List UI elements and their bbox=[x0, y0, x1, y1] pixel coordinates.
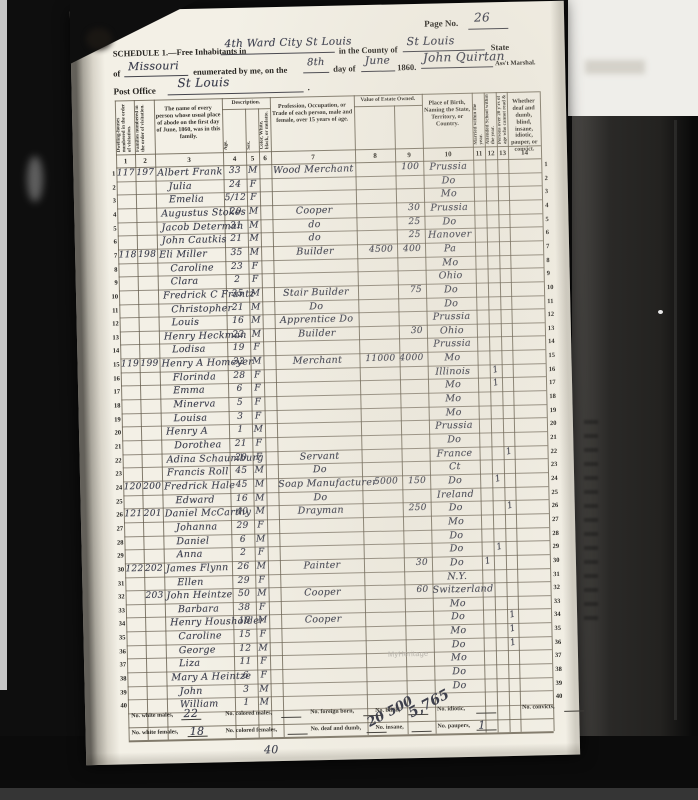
footer-blank-line bbox=[412, 731, 432, 732]
footer-label: No. colored females, bbox=[226, 727, 278, 734]
row-number-right: 27 bbox=[552, 516, 568, 523]
personal-estate-value: 75 bbox=[398, 285, 422, 296]
column-caption: The name of every person whose usual pla… bbox=[155, 105, 222, 141]
row-number-left: 14 bbox=[103, 348, 119, 355]
person-name: Christopher bbox=[171, 303, 232, 315]
occupation-value: Do bbox=[274, 300, 358, 313]
ghost-numbers-column bbox=[584, 420, 598, 620]
sex-value: F bbox=[254, 520, 267, 530]
row-number-right: 9 bbox=[547, 270, 563, 277]
column-number: 11 bbox=[473, 149, 485, 157]
row-number-left: 26 bbox=[107, 512, 123, 519]
sex-value: F bbox=[256, 629, 269, 639]
birthplace-value: Mo bbox=[431, 516, 481, 528]
row-number-left: 40 bbox=[111, 703, 127, 710]
tick-mark: 1 bbox=[504, 500, 517, 512]
sex-value: M bbox=[255, 561, 268, 571]
real-estate-value: 4500 bbox=[357, 244, 393, 255]
birthplace-value: Do bbox=[430, 475, 480, 487]
age-value: 21 bbox=[226, 302, 249, 312]
age-value: 5 bbox=[228, 398, 251, 408]
age-value: 45 bbox=[230, 466, 253, 476]
column-number: 13 bbox=[497, 149, 508, 157]
footer-label: No. white females, bbox=[132, 729, 179, 736]
sex-value: F bbox=[250, 343, 263, 353]
sex-value: F bbox=[252, 452, 265, 462]
row-number-right: 11 bbox=[547, 297, 563, 304]
row-number-left: 31 bbox=[108, 580, 124, 587]
row-number-right: 26 bbox=[552, 502, 568, 509]
row-number-right: 1 bbox=[544, 161, 560, 168]
occupation-value: Do bbox=[278, 464, 362, 477]
sex-value: F bbox=[247, 193, 260, 203]
person-name: Lodisa bbox=[172, 344, 206, 356]
row-number-left: 19 bbox=[105, 416, 121, 423]
column-caption-vertical: Families numbered in the order of visita… bbox=[135, 102, 154, 152]
gutter-seam bbox=[674, 120, 677, 720]
row-number-left: 29 bbox=[108, 553, 124, 560]
sex-value: F bbox=[251, 384, 264, 394]
row-number-right: 39 bbox=[556, 679, 572, 686]
sheet-number-handwritten: 40 bbox=[264, 743, 279, 756]
month-underline bbox=[361, 70, 395, 72]
age-value: 35 bbox=[225, 248, 248, 258]
row-number-left: 13 bbox=[103, 334, 119, 341]
birthplace-value: Prussia bbox=[427, 338, 477, 350]
birthplace-value: Prussia bbox=[426, 311, 476, 323]
dwelling-number: 119 bbox=[120, 359, 139, 369]
birthplace-value: Prussia bbox=[429, 420, 479, 432]
family-number: 201 bbox=[143, 509, 163, 519]
row-number-left: 15 bbox=[103, 362, 119, 369]
birthplace-value: Mo bbox=[424, 188, 474, 200]
column-number: 2 bbox=[135, 157, 155, 165]
column-number: 10 bbox=[423, 150, 473, 159]
row-number-left: 38 bbox=[110, 675, 126, 682]
personal-estate-value: 25 bbox=[396, 216, 420, 227]
occupation-value: Merchant bbox=[275, 354, 359, 367]
row-number-left: 12 bbox=[103, 321, 119, 328]
birthplace-value: Prussia bbox=[423, 161, 473, 173]
row-number-left: 24 bbox=[106, 484, 122, 491]
birthplace-value: Mo bbox=[433, 597, 483, 609]
row-number-right: 23 bbox=[551, 461, 567, 468]
person-name: Minerva bbox=[173, 398, 215, 410]
row-number-right: 28 bbox=[552, 529, 568, 536]
occupation-value: Cooper bbox=[281, 614, 365, 627]
row-number-left: 22 bbox=[106, 457, 122, 464]
age-value: 35 bbox=[226, 288, 249, 298]
description-group-header: Description. bbox=[222, 99, 270, 106]
person-name: Henry A bbox=[166, 426, 208, 438]
personal-estate-value: 30 bbox=[399, 326, 423, 337]
row-number-left: 10 bbox=[102, 293, 118, 300]
person-name: Caroline bbox=[170, 262, 214, 274]
birthplace-value: Mo bbox=[434, 652, 484, 664]
sex-value: M bbox=[248, 247, 261, 257]
tick-mark: 1 bbox=[489, 377, 503, 389]
footer-label: No. colored males, bbox=[225, 710, 272, 717]
personal-estate-value: 60 bbox=[404, 585, 428, 596]
row-number-left: 5 bbox=[101, 225, 117, 232]
sex-value: F bbox=[247, 179, 260, 189]
row-number-right: 32 bbox=[553, 584, 569, 591]
row-number-right: 29 bbox=[553, 543, 569, 550]
sex-value: M bbox=[258, 698, 271, 708]
row-number-left: 17 bbox=[104, 389, 120, 396]
column-caption-vertical: Color, White, black, or mulatto. bbox=[259, 110, 270, 149]
page-no-label: Page No. bbox=[424, 18, 458, 29]
age-value: 16 bbox=[227, 316, 250, 326]
sex-value: F bbox=[252, 411, 265, 421]
person-name: Francis Roll bbox=[167, 466, 229, 478]
age-value: 3 bbox=[229, 411, 252, 421]
left-smudge bbox=[27, 156, 43, 202]
tick-mark: 1 bbox=[507, 637, 520, 649]
of-label: of bbox=[113, 68, 120, 78]
age-value: 23 bbox=[225, 261, 248, 271]
row-number-left: 34 bbox=[109, 621, 125, 628]
sex-value: M bbox=[250, 315, 263, 325]
occupation-value: Soap Manufacturer bbox=[278, 477, 362, 490]
footer-label: No. paupers, bbox=[437, 723, 470, 730]
row-number-left: 27 bbox=[107, 525, 123, 532]
sex-value: M bbox=[254, 507, 267, 517]
person-name: John Heintze bbox=[166, 589, 232, 601]
footer-label: No. foreign born, bbox=[310, 708, 354, 715]
row-number-right: 5 bbox=[545, 215, 561, 222]
footer-value: 1 bbox=[478, 718, 486, 731]
row-number-left: 9 bbox=[102, 280, 118, 287]
sex-value: M bbox=[253, 466, 266, 476]
state-handwritten: Missouri bbox=[128, 59, 179, 73]
age-value: 26 bbox=[232, 561, 255, 571]
person-name: Louis bbox=[172, 317, 200, 329]
birthplace-value: Ireland bbox=[430, 488, 480, 500]
birthplace-value: Do bbox=[434, 666, 484, 678]
birthplace-value: Ct bbox=[430, 461, 480, 473]
sex-value: F bbox=[257, 657, 270, 667]
sex-value: F bbox=[251, 397, 264, 407]
birthplace-value: Mo bbox=[425, 256, 475, 268]
row-number-left: 32 bbox=[109, 594, 125, 601]
tick-mark: 1 bbox=[493, 541, 507, 553]
row-number-right: 40 bbox=[556, 693, 572, 700]
column-caption-vertical: Age. bbox=[223, 111, 245, 150]
footer-label: No. white males, bbox=[131, 712, 173, 719]
county-handwritten: St Louis bbox=[406, 34, 454, 48]
row-number-left: 28 bbox=[107, 539, 123, 546]
row-number-right: 21 bbox=[550, 434, 566, 441]
sex-value: M bbox=[249, 288, 262, 298]
birthplace-value: Do bbox=[432, 543, 482, 555]
bleed-through-smudge bbox=[585, 60, 645, 74]
dwelling-number: 120 bbox=[123, 482, 142, 492]
column-caption: Whether deaf and dumb, blind, insane, id… bbox=[508, 98, 540, 154]
personal-estate-value: 150 bbox=[402, 476, 426, 487]
age-value: 15 bbox=[233, 630, 256, 640]
row-number-right: 15 bbox=[548, 352, 564, 359]
age-value: 6 bbox=[228, 384, 251, 394]
column-number: 14 bbox=[508, 148, 541, 157]
personal-estate-value: 25 bbox=[397, 230, 421, 241]
personal-estate-value: 30 bbox=[404, 558, 428, 569]
row-number-right: 34 bbox=[554, 611, 570, 618]
row-number-right: 12 bbox=[547, 311, 563, 318]
column-caption: Profession, Occupation, or Trade of each… bbox=[271, 102, 353, 124]
row-number-right: 13 bbox=[548, 325, 564, 332]
value-estate-group-header: Value of Estate Owned. bbox=[354, 96, 422, 104]
age-value: 21 bbox=[229, 439, 252, 449]
age-value: 2 bbox=[232, 548, 255, 558]
sex-value: F bbox=[248, 261, 261, 271]
person-name: Edward bbox=[175, 494, 214, 506]
sex-value: M bbox=[256, 616, 269, 626]
sex-value: F bbox=[255, 575, 268, 585]
month-handwritten: June bbox=[365, 55, 390, 68]
row-number-right: 30 bbox=[553, 557, 569, 564]
age-value: 18 bbox=[233, 616, 256, 626]
sex-value: F bbox=[249, 275, 262, 285]
scan-bottom-strip bbox=[0, 788, 698, 800]
sex-value: M bbox=[248, 234, 261, 244]
tick-mark: 1 bbox=[481, 555, 495, 567]
row-number-left: 20 bbox=[105, 430, 121, 437]
family-number: 203 bbox=[144, 591, 164, 601]
row-number-right: 18 bbox=[549, 393, 565, 400]
birthplace-value: Illinois bbox=[428, 365, 478, 377]
column-number: 4 bbox=[223, 155, 246, 163]
row-number-right: 14 bbox=[548, 338, 564, 345]
birthplace-value: Do bbox=[426, 284, 476, 296]
birthplace-value: Do bbox=[431, 529, 481, 541]
district-handwritten: 4th Ward City St Louis bbox=[224, 35, 351, 50]
row-number-right: 31 bbox=[553, 570, 569, 577]
column-number: 1 bbox=[116, 157, 135, 165]
person-name: Emma bbox=[173, 385, 205, 397]
age-value: 29 bbox=[232, 575, 255, 585]
person-name: Albert Frank bbox=[157, 166, 222, 178]
birthplace-value: Do bbox=[423, 174, 473, 186]
sex-value: F bbox=[256, 602, 269, 612]
tick-mark: 1 bbox=[489, 364, 503, 376]
column-caption-vertical: Persons over 20 y'rs of age who cannot r… bbox=[497, 94, 507, 144]
row-number-right: 16 bbox=[549, 366, 565, 373]
row-number-left: 25 bbox=[106, 498, 122, 505]
birthplace-value: Do bbox=[434, 638, 484, 650]
sex-value: M bbox=[252, 425, 265, 435]
personal-estate-value: 100 bbox=[395, 162, 419, 173]
person-name: George bbox=[179, 644, 216, 656]
post-office-underline bbox=[168, 91, 304, 95]
birthplace-value: Do bbox=[424, 215, 474, 227]
page-no-underline bbox=[468, 28, 508, 30]
age-value: 31 bbox=[224, 220, 247, 230]
person-name: John Cautkis bbox=[162, 234, 227, 246]
footer-blank-line bbox=[367, 732, 387, 733]
row-number-left: 3 bbox=[100, 198, 116, 205]
occupation-value: Cooper bbox=[280, 586, 364, 599]
personal-estate-value: 250 bbox=[403, 503, 427, 514]
row-number-right: 38 bbox=[555, 666, 571, 673]
scan-speck bbox=[658, 310, 663, 314]
birthplace-value: Pa bbox=[425, 243, 475, 255]
age-value: 21 bbox=[225, 234, 248, 244]
row-number-left: 36 bbox=[110, 648, 126, 655]
birthplace-value: N.Y. bbox=[432, 570, 482, 582]
row-number-left: 8 bbox=[101, 266, 117, 273]
row-number-right: 4 bbox=[545, 202, 561, 209]
birthplace-value: Ohio bbox=[427, 324, 477, 336]
birthplace-value: Switzerland bbox=[432, 584, 482, 596]
column-caption-vertical: Dwelling-houses numbered in the order of… bbox=[116, 102, 134, 152]
birthplace-value: Ohio bbox=[426, 270, 476, 282]
row-number-right: 20 bbox=[550, 420, 566, 427]
birthplace-value: Do bbox=[432, 556, 482, 568]
column-number: 7 bbox=[271, 152, 355, 162]
scan-viewport: Page No. 26 SCHEDULE 1.—Free Inhabitants… bbox=[0, 0, 698, 800]
sex-value: M bbox=[247, 206, 260, 216]
day-of-label: day of bbox=[333, 63, 356, 73]
post-office-period: . bbox=[307, 82, 309, 92]
tick-mark: 1 bbox=[503, 446, 516, 458]
person-name: Louisa bbox=[174, 412, 208, 424]
birthplace-value: Mo bbox=[428, 379, 478, 391]
sex-value: M bbox=[249, 302, 262, 312]
marshal-title: Ass't Marshal. bbox=[495, 59, 536, 67]
family-number: 200 bbox=[142, 482, 162, 492]
age-value: 29 bbox=[231, 520, 254, 530]
column-number: 12 bbox=[485, 149, 497, 157]
occupation-value: Builder bbox=[275, 327, 359, 340]
age-value: 50 bbox=[232, 589, 255, 599]
column-caption: Place of Birth, Naming the State, Territ… bbox=[423, 100, 472, 129]
sex-value: M bbox=[257, 643, 270, 653]
age-value: 33 bbox=[223, 166, 246, 176]
sex-value: F bbox=[252, 438, 265, 448]
birthplace-value: Mo bbox=[429, 406, 479, 418]
column-caption-vertical: Married within the year. bbox=[473, 94, 484, 144]
scan-white-corner bbox=[568, 0, 698, 116]
person-name: Caroline bbox=[178, 630, 222, 642]
birthplace-value: Mo bbox=[433, 625, 483, 637]
occupation-value: Builder bbox=[273, 245, 357, 258]
age-value: 28 bbox=[228, 370, 251, 380]
family-number: 198 bbox=[137, 250, 157, 260]
dwelling-number: 122 bbox=[125, 564, 144, 574]
row-number-left: 21 bbox=[105, 443, 121, 450]
birthplace-value: Do bbox=[429, 434, 479, 446]
footer-blank-line bbox=[281, 717, 301, 718]
row-number-right: 22 bbox=[550, 447, 566, 454]
row-number-right: 6 bbox=[546, 229, 562, 236]
row-number-right: 37 bbox=[555, 652, 571, 659]
post-office-label: Post Office bbox=[113, 86, 155, 97]
column-number: 5 bbox=[246, 154, 259, 162]
personal-estate-value: 30 bbox=[396, 203, 420, 214]
row-number-right: 25 bbox=[551, 488, 567, 495]
scanner-edge-strip bbox=[0, 0, 7, 690]
signature-underline bbox=[421, 66, 493, 69]
person-name: Johanna bbox=[176, 521, 218, 533]
sex-value: M bbox=[250, 329, 263, 339]
age-value: 5/12 bbox=[224, 193, 247, 203]
birthplace-value: Do bbox=[426, 297, 476, 309]
group-rule bbox=[354, 105, 422, 107]
person-name: Julia bbox=[169, 180, 192, 192]
family-number: 202 bbox=[144, 563, 164, 573]
row-number-right: 2 bbox=[545, 174, 561, 181]
age-value: 19 bbox=[227, 343, 250, 353]
person-name: Fredrick Hale bbox=[164, 480, 235, 493]
age-value: 24 bbox=[224, 179, 247, 189]
row-number-left: 7 bbox=[101, 252, 117, 259]
dwelling-number: 117 bbox=[116, 168, 135, 178]
occupation-value: Apprentice Do bbox=[275, 313, 359, 326]
myheritage-watermark: MyHeritage bbox=[388, 649, 429, 659]
column-number: 3 bbox=[155, 155, 223, 164]
family-number: 197 bbox=[135, 168, 155, 178]
person-name: Anna bbox=[177, 549, 203, 561]
age-value: 22 bbox=[227, 329, 250, 339]
occupation-value: Servant bbox=[277, 450, 361, 463]
age-value: 38 bbox=[233, 602, 256, 612]
age-value: 12 bbox=[234, 643, 257, 653]
person-name: Clara bbox=[171, 276, 199, 288]
real-estate-value: 5000 bbox=[362, 476, 398, 487]
sex-value: M bbox=[250, 356, 263, 366]
column-caption-vertical: Attended School within the year. bbox=[485, 94, 496, 144]
footer-blank-line bbox=[476, 712, 496, 713]
row-number-right: 17 bbox=[549, 379, 565, 386]
row-number-left: 33 bbox=[109, 607, 125, 614]
post-office-handwritten: St Louis bbox=[177, 75, 229, 90]
age-value: 6 bbox=[234, 671, 257, 681]
row-number-left: 39 bbox=[111, 689, 127, 696]
footer-label: No. convicts, bbox=[522, 704, 555, 711]
row-number-left: 4 bbox=[100, 211, 116, 218]
row-number-right: 24 bbox=[551, 475, 567, 482]
column-caption-vertical: Sex. bbox=[246, 110, 258, 149]
person-name: Ellen bbox=[177, 576, 203, 588]
age-value: 1 bbox=[229, 425, 252, 435]
family-number: 199 bbox=[139, 359, 159, 369]
age-value: 40 bbox=[231, 507, 254, 517]
age-value: 16 bbox=[230, 493, 253, 503]
person-name: Barbara bbox=[178, 603, 219, 615]
person-name: Dorothea bbox=[174, 439, 221, 451]
occupation-value: Do bbox=[278, 491, 362, 504]
year-label: 1860. bbox=[397, 62, 416, 72]
row-number-right: 35 bbox=[554, 625, 570, 632]
sex-value: M bbox=[253, 479, 266, 489]
occupation-value: Stair Builder bbox=[274, 286, 358, 299]
sex-value: M bbox=[246, 165, 259, 175]
row-number-left: 2 bbox=[100, 184, 116, 191]
footer-label: No. deaf and dumb, bbox=[310, 725, 361, 732]
row-number-right: 19 bbox=[550, 406, 566, 413]
age-value: 45 bbox=[230, 480, 253, 490]
age-value: 20 bbox=[229, 452, 252, 462]
person-name: Emelia bbox=[169, 194, 204, 206]
occupation-value: Cooper bbox=[272, 204, 356, 217]
age-value: 32 bbox=[227, 357, 250, 367]
column-number: 6 bbox=[259, 154, 271, 162]
day-underline bbox=[303, 72, 329, 74]
birthplace-value: Do bbox=[431, 502, 481, 514]
dwelling-number: 121 bbox=[124, 509, 143, 519]
sex-value: M bbox=[255, 588, 268, 598]
